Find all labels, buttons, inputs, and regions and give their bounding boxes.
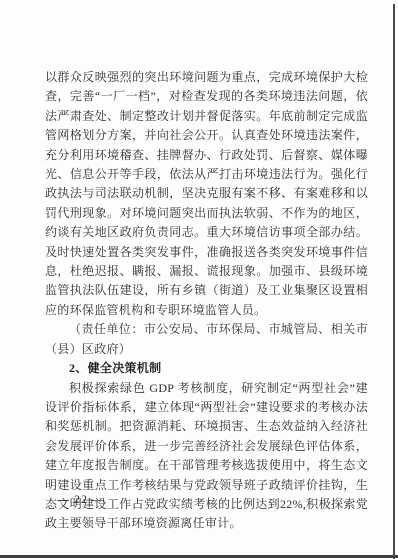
paragraph-responsibility-note: （责任单位：市公安局、市环保局、市城管局、相关市（县）区政府） (45, 320, 368, 359)
scan-edge-bottom-line (0, 555, 398, 558)
page-number: — 22 — (57, 492, 105, 507)
scan-edge-right-line (393, 4, 395, 559)
document-text-block: 以群众反映强烈的突出环境问题为重点，完成环境保护大检查，完善“一厂一档”，对检查… (45, 68, 368, 534)
paragraph-body-continuation: 以群众反映强烈的突出环境问题为重点，完成环境保护大检查，完善“一厂一档”，对检查… (45, 68, 368, 320)
section-heading: 2、健全决策机制 (45, 359, 368, 378)
scanned-document-page: 以群众反映强烈的突出环境问题为重点，完成环境保护大检查，完善“一厂一档”，对检查… (0, 0, 398, 559)
paragraph-section-body: 积极探索绿色 GDP 考核制度，研究制定“两型社会”建设评价指标体系，建立体现“… (45, 379, 368, 534)
